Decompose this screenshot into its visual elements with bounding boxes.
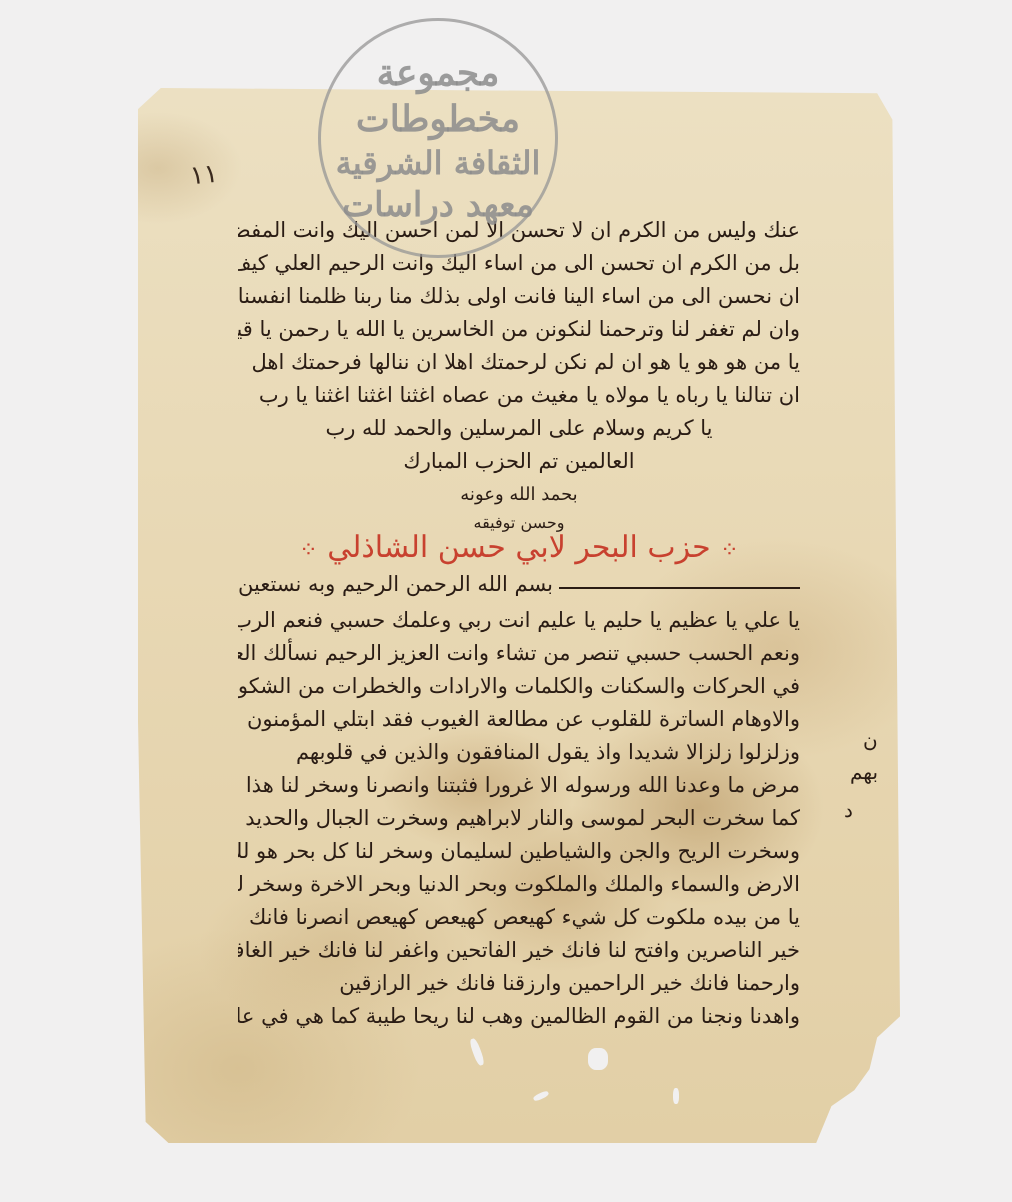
text-line: يا من هو هو يا هو ان لم نكن لرحمتك اهلا … [238, 346, 800, 379]
text-line: في الحركات والسكنات والكلمات والارادات و… [238, 670, 800, 703]
paper-damage [673, 1088, 679, 1104]
margin-note: ن [863, 728, 878, 752]
text-line: وارحمنا فانك خير الراحمين وارزقنا فانك خ… [238, 967, 800, 1000]
text-line: وزلزلوا زلزالا شديدا واذ يقول المنافقون … [238, 736, 800, 769]
folio-number: ١١ [189, 159, 220, 192]
section-1-text: عنك وليس من الكرم ان لا تحسن الا لمن احس… [238, 214, 800, 535]
text-line: واهدنا ونجنا من القوم الظالمين وهب لنا ر… [238, 1000, 800, 1033]
text-line: كما سخرت البحر لموسى والنار لابراهيم وسخ… [238, 802, 800, 835]
text-line: والاوهام الساترة للقلوب عن مطالعة الغيوب… [238, 703, 800, 736]
basmala-row: بسم الله الرحمن الرحيم وبه نستعين [238, 568, 800, 601]
basmala: بسم الله الرحمن الرحيم وبه نستعين [238, 568, 553, 601]
stamp-line: معهد دراسات [342, 184, 534, 226]
text-line: يا علي يا عظيم يا حليم يا عليم انت ربي و… [238, 604, 800, 637]
manuscript-page: ١١ عنك وليس من الكرم ان لا تحسن الا لمن … [138, 88, 900, 1143]
text-line: الارض والسماء والملك والملكوت وبحر الدني… [238, 868, 800, 901]
stamp-line: الثقافة الشرقية [336, 142, 541, 184]
margin-note: بهم [850, 760, 878, 784]
colophon-line: بحمد الله وعونه [238, 478, 800, 511]
ornament-dots: ⁘ [299, 538, 317, 563]
text-line: ونعم الحسب حسبي تنصر من تشاء وانت العزيز… [238, 637, 800, 670]
section-2-text: يا علي يا عظيم يا حليم يا عليم انت ربي و… [238, 604, 800, 1033]
text-line: العالمين تم الحزب المبارك [238, 445, 800, 478]
text-line: مرض ما وعدنا الله ورسوله الا غرورا فثبتن… [238, 769, 800, 802]
text-line: ان نحسن الى من اساء الينا فانت اولى بذلك… [238, 280, 800, 313]
ornament-dots: ⁘ [720, 538, 738, 563]
text-line: خير الناصرين وافتح لنا فانك خير الفاتحين… [238, 934, 800, 967]
stamp-line: مجموعة مخطوطات [321, 50, 555, 142]
paper-damage [588, 1048, 608, 1070]
margin-note: د [844, 798, 853, 822]
library-stamp: مجموعة مخطوطات الثقافة الشرقية معهد دراس… [318, 18, 558, 258]
text-line: بل من الكرم ان تحسن الى من اساء اليك وان… [238, 247, 800, 280]
text-line: وان لم تغفر لنا وترحمنا لنكونن من الخاسر… [238, 313, 800, 346]
text-line: يا من بيده ملكوت كل شيء كهيعص كهيعص كهيع… [238, 901, 800, 934]
text-line: ان تنالنا يا رباه يا مولاه يا مغيث من عص… [238, 379, 800, 412]
heading-text: حزب البحر لابي حسن الشاذلي [327, 530, 710, 565]
text-line: وسخرت الريح والجن والشياطين لسليمان وسخر… [238, 835, 800, 868]
basmala-rule [559, 587, 800, 589]
section-heading: ⁘ حزب البحر لابي حسن الشاذلي ⁘ [238, 526, 800, 570]
paper-damage [468, 1037, 485, 1066]
paper-damage [532, 1090, 549, 1102]
text-line: يا كريم وسلام على المرسلين والحمد لله رب [238, 412, 800, 445]
